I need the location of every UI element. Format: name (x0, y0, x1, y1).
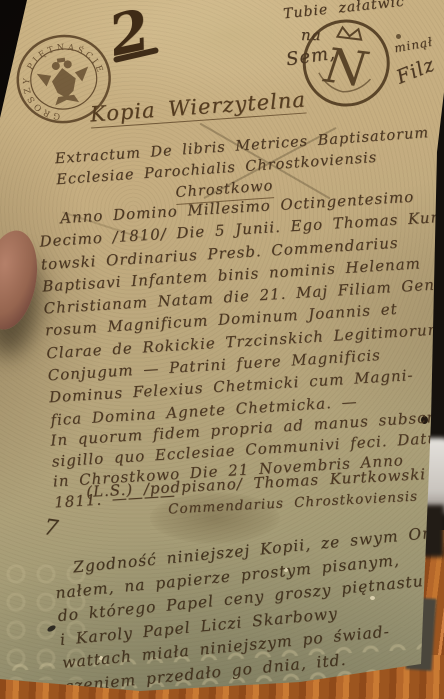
baptism-record-paragraph: Anno Domino Millesimo Octingentesimo Dec… (38, 184, 444, 431)
document-paper: GROSZY PIĘTNAŚCIE N (0, 0, 444, 699)
corner-note: na (301, 26, 322, 44)
corner-note-signature: Filz (393, 53, 438, 88)
photo-scene: GROSZY PIĘTNAŚCIE N (0, 0, 444, 699)
ink-fleck (396, 34, 401, 39)
paraph-mark: 7 (42, 515, 60, 542)
double-headed-eagle-icon (35, 55, 93, 108)
crown-icon (337, 27, 362, 40)
document-title: Kopia Wierzytelna (89, 87, 306, 128)
